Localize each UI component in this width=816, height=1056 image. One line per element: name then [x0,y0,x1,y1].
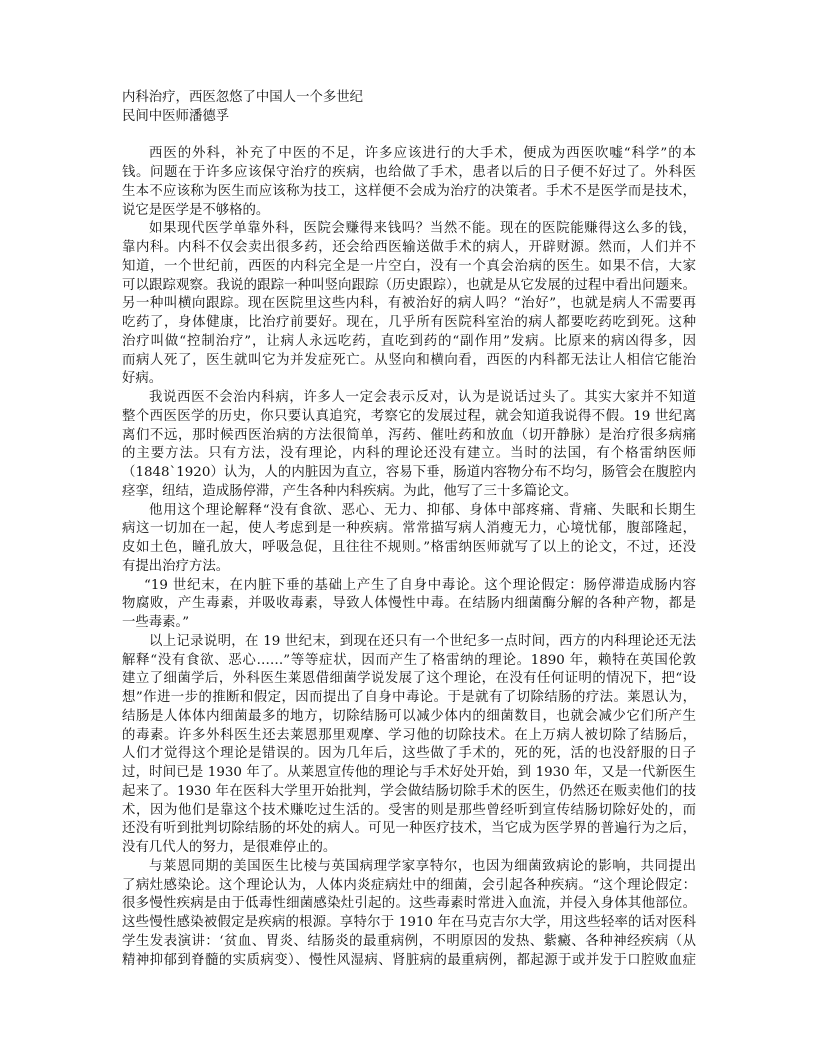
paragraph-line: 与莱恩同期的美国医生比棱与英国病理学家享特尔，也因为细菌致病论的影响，共同提出 [122,858,696,877]
paragraph-line: 而病人死了，医生就叫它为并发症死亡。从竖向和横向看，西医的内科都无法让人相信它能… [122,352,696,371]
paragraph-line: 离们不远，那时候西医治病的方法很简单，泻药、催吐药和放血（切开静脉）是治疗很多病… [122,427,696,446]
paragraph-line: 解释“没有食欲、恶心……”等等症状，因而产生了格雷纳的理论。1890 年，赖特在… [122,652,696,671]
paragraph: 与莱恩同期的美国医生比棱与英国病理学家享特尔，也因为细菌致病论的影响，共同提出了… [122,858,696,971]
paragraph-line: 钱。问题在于许多应该保守治疗的疾病，也给做了手术，患者以后的日子便不好过了。外科… [122,164,696,183]
paragraph-line: 想”作进一步的推断和假定，因而提出了自身中毒论。于是就有了切除结肠的疗法。莱恩认… [122,689,696,708]
paragraph-line: 治疗叫做“控制治疗”，让病人永远吃药，直吃到药的“副作用”发病。比原来的病凶得多… [122,333,696,352]
paragraph-line: 说它是医学是不够格的。 [122,202,696,221]
document-title: 内科治疗，西医忽悠了中国人一个多世纪 [122,89,696,108]
paragraph: 我说西医不会治内科病，许多人一定会表示反对，认为是说话过头了。其实大家并不知道整… [122,389,696,502]
paragraph-line: 人们才觉得这个理论是错误的。因为几年后，这些做了手术的，死的死，活的也没舒服的日… [122,745,696,764]
paragraph: “19 世纪末，在内脏下垂的基础上产生了自身中毒论。这个理论假定：肠停滞造成肠内… [122,577,696,633]
document-body: 西医的外科，补充了中医的不足，许多应该进行的大手术，便成为西医吹嘘“科学”的本钱… [122,145,696,970]
paragraph-line: 这些慢性感染被假定是疾病的根源。享特尔于 1910 年在马克吉尔大学，用这些轻率… [122,914,696,933]
paragraph-line: 术，因为他们是靠这个技术赚吃过生活的。受害的则是那些曾经听到宣传结肠切除好处的，… [122,802,696,821]
document-page: 内科治疗，西医忽悠了中国人一个多世纪 民间中医师潘德孚 西医的外科，补充了中医的… [122,89,696,970]
paragraph-line: 起来了。1930 年在医科大学里开始批判，学会做结肠切除手术的医生，仍然还在贩卖… [122,783,696,802]
paragraph-line: 建立了细菌学后，外科医生莱恩借细菌学说发展了这个理论，在没有任何证明的情况下，把… [122,670,696,689]
paragraph-line: 好病。 [122,370,696,389]
paragraph-line: 还没有听到批判切除结肠的坏处的病人。可见一种医疗技术，当它成为医学界的普遍行为之… [122,820,696,839]
paragraph: 以上记录说明，在 19 世纪末，到现在还只有一个世纪多一点时间，西方的内科理论还… [122,633,696,858]
spacer [122,127,696,146]
paragraph-line: 的毒素。许多外科医生还去莱恩那里观摩、学习他的切除技术。在上万病人被切除了结肠后… [122,727,696,746]
paragraph-line: 精神抑郁到脊髓的实质病变）、慢性风湿病、肾脏病的最重病例，都起源于或并发于口腔败… [122,952,696,971]
paragraph-line: 病这一切加在一起，使人考虑到是一种疾病。常常描写病人消瘦无力，心境忧郁，腹部隆起… [122,520,696,539]
paragraph: 如果现代医学单靠外科，医院会赚得来钱吗？当然不能。现在的医院能赚得这么多的钱，靠… [122,220,696,389]
paragraph-line: 有提出治疗方法。 [122,558,696,577]
paragraph-line: 靠内科。内科不仅会卖出很多药，还会给西医输送做手术的病人，开辟财源。然而，人们并… [122,239,696,258]
paragraph-line: 结肠是人体体内细菌最多的地方，切除结肠可以减少体内的细菌数目，也就会减少它们所产… [122,708,696,727]
paragraph-line: 了病灶感染论。这个理论认为，人体内炎症病灶中的细菌，会引起各种疾病。“这个理论假… [122,877,696,896]
paragraph-line: 西医的外科，补充了中医的不足，许多应该进行的大手术，便成为西医吹嘘“科学”的本 [122,145,696,164]
paragraph-line: 的主要方法。只有方法，没有理论，内科的理论还没有建立。当时的法国，有个格雷纳医师 [122,445,696,464]
paragraph-line: 以上记录说明，在 19 世纪末，到现在还只有一个世纪多一点时间，西方的内科理论还… [122,633,696,652]
paragraph-line: 没有几代人的努力，是很难停止的。 [122,839,696,858]
paragraph-line: 我说西医不会治内科病，许多人一定会表示反对，认为是说话过头了。其实大家并不知道 [122,389,696,408]
paragraph-line: 知道，一个世纪前，西医的内科完全是一片空白，没有一个真会治病的医生。如果不信，大… [122,258,696,277]
paragraph-line: 吃药了，身体健康，比治疗前要好。现在，几乎所有医院科室治的病人都要吃药吃到死。这… [122,314,696,333]
paragraph-line: 很多慢性疾病是由于低毒性细菌感染灶引起的。这些毒素时常进入血流，并侵入身体其他部… [122,895,696,914]
paragraph-line: 学生发表演讲：‘贫血、胃炎、结肠炎的最重病例，不明原因的发热、紫癜、各种神经疾病… [122,933,696,952]
paragraph-line: 如果现代医学单靠外科，医院会赚得来钱吗？当然不能。现在的医院能赚得这么多的钱， [122,220,696,239]
paragraph-line: 痉挛，纽结，造成肠停滞，产生各种内科疾病。为此，他写了三十多篇论文。 [122,483,696,502]
paragraph-line: 他用这个理论解释“没有食欲、恶心、无力、抑郁、身体中部疼痛、背痛、失眠和长期生 [122,502,696,521]
paragraph-line: （1848`1920）认为，人的内脏因为直立，容易下垂，肠道内容物分布不均匀，肠… [122,464,696,483]
paragraph-line: 生本不应该称为医生而应该称为技工，这样便不会成为治疗的决策者。手术不是医学而是技… [122,183,696,202]
document-author: 民间中医师潘德孚 [122,108,696,127]
paragraph-line: 皮如土色，瞳孔放大，呼吸急促，且往往不规则。”格雷纳医师就写了以上的论文，不过，… [122,539,696,558]
paragraph-line: 一些毒素。” [122,614,696,633]
paragraph-line: 物腐败，产生毒素，并吸收毒素，导致人体慢性中毒。在结肠内细菌酶分解的各种产物，都… [122,595,696,614]
paragraph: 西医的外科，补充了中医的不足，许多应该进行的大手术，便成为西医吹嘘“科学”的本钱… [122,145,696,220]
paragraph-line: 可以跟踪观察。我说的跟踪一种叫竖向跟踪（历史跟踪），也就是从它发展的过程中看出问… [122,277,696,296]
paragraph-line: 整个西医医学的历史，你只要认真追究，考察它的发展过程，就会知道我说得不假。19 … [122,408,696,427]
paragraph: 他用这个理论解释“没有食欲、恶心、无力、抑郁、身体中部疼痛、背痛、失眠和长期生病… [122,502,696,577]
paragraph-line: 过，时间已是 1930 年了。从莱恩宣传他的理论与手术好处开始，到 1930 年… [122,764,696,783]
paragraph-line: 另一种叫横向跟踪。现在医院里这些内科，有被治好的病人吗？“治好”，也就是病人不需… [122,295,696,314]
paragraph-line: “19 世纪末，在内脏下垂的基础上产生了自身中毒论。这个理论假定：肠停滞造成肠内… [122,577,696,596]
